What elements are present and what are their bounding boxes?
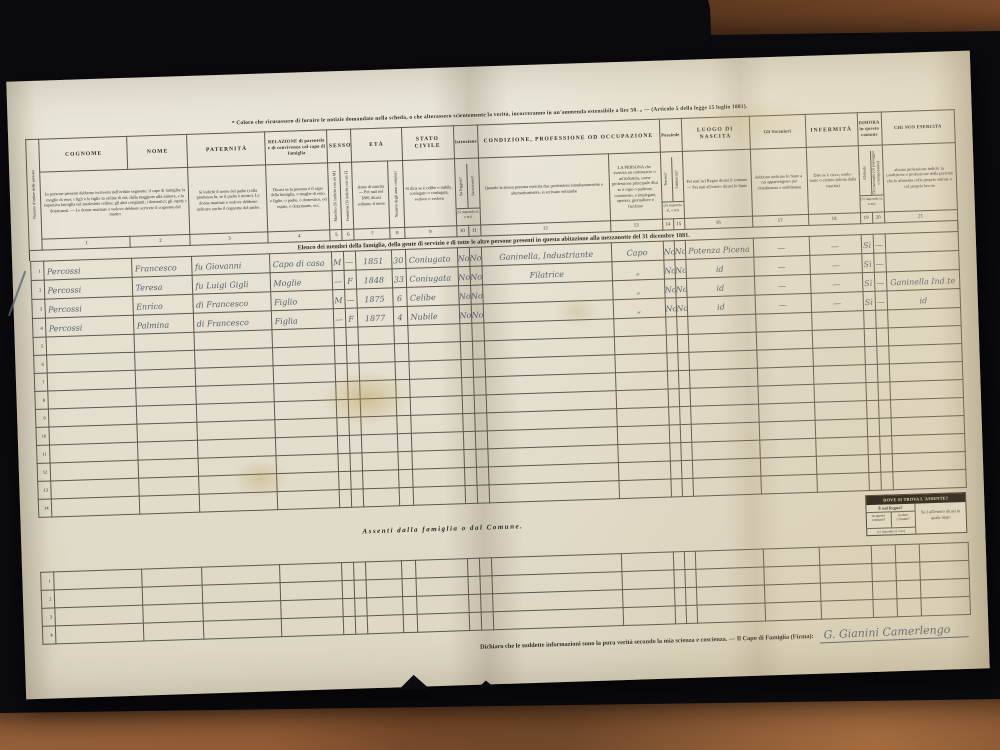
row-number: 3 [31,299,45,318]
cell-c21 [889,362,963,382]
desc-anno-nascita: Anno di nascita — Pei nati nel 1881 dica… [352,161,390,229]
cell-c8 [402,578,417,596]
col-header-sesso: SESSO [327,129,352,163]
col-header-infermita: INFERMITÀ [805,113,858,148]
cell-c15 [680,424,692,442]
cell-c21 [919,542,969,562]
cell-c2 [143,621,204,641]
cell-c6 [350,471,363,489]
cell-c18 [815,437,868,457]
cell-c17 [764,583,821,603]
cell-c7: 1851 [355,250,392,270]
label-anni-compiuti: Numero degli anni compiuti [393,171,399,217]
handwritten-value: No [458,273,470,282]
cell-c10 [469,612,482,630]
cell-c17: — [754,274,811,295]
col-header-eta: ETÀ [351,128,402,163]
cell-c8 [397,433,412,451]
cell-c9: Celibe [406,286,459,307]
cell-c6 [348,417,361,435]
cell-c10 [468,594,481,612]
cell-c5 [338,471,351,489]
row-number: 1 [40,572,54,590]
cell-c5 [342,598,355,616]
cell-c3: di Francesco [193,311,272,333]
handwritten-value: 4 [397,313,402,322]
handwritten-value: F [347,277,353,286]
cell-c9 [413,486,466,506]
cell-c7 [361,434,398,453]
handwritten-value: fu Luigi Gigli [195,280,248,291]
cell-c19 [865,364,878,382]
cell-c3 [203,619,282,640]
cell-c18 [820,600,873,620]
handwritten-value: No [665,304,676,313]
cell-c13: „ [611,260,664,281]
cell-c11: No [469,247,482,266]
handwritten-value: Sì [864,279,872,288]
cell-c15 [680,442,692,460]
cell-c2 [136,404,197,424]
handwritten-value: Figlia [275,316,298,326]
cell-c4: Figlio [270,290,333,311]
cell-c6: F [344,270,357,289]
cell-c21: Ganinella Ind.te [886,270,960,291]
cell-c16: Potenza Picena [685,238,754,259]
row-number: 11 [36,445,50,463]
cell-c7: 1875 [356,288,393,308]
cell-c2: Enrico [132,294,193,315]
cell-c18 [820,582,873,602]
paper-tear [478,680,494,688]
cell-c6: — [343,251,356,270]
cell-c17 [755,312,812,332]
cell-c19 [864,328,877,346]
cell-c8 [403,614,418,632]
cell-c14: No [665,298,677,317]
label-occasionale: Occasionale (di passaggio o temporanea) [871,151,882,195]
cell-c14 [667,371,679,389]
cell-c17 [759,438,816,458]
cell-c20: — [873,253,886,272]
handwritten-value: id [717,303,725,312]
cell-c15 [684,551,696,569]
cell-c10 [462,413,475,431]
handwritten-value: No [458,254,470,263]
cell-c2 [138,458,199,478]
cell-c13: Capo [611,241,664,262]
cell-c5 [342,580,355,598]
handwritten-value: — [831,242,839,251]
cell-c19 [871,545,896,564]
col-header-stato-civile: STATO CIVILE [401,126,454,161]
cell-c6 [351,489,364,507]
cell-c8: 4 [393,306,408,325]
cell-c5: M [331,251,344,270]
handwritten-value: Percossi [47,285,81,295]
cell-c7 [363,488,400,507]
cell-c15: No [674,259,686,278]
handwritten-value: Teresa [135,283,162,293]
cell-c2 [135,368,196,388]
cell-c16 [691,440,760,460]
cell-c17 [756,348,813,368]
cell-c10 [465,485,478,503]
cell-c16: id [687,295,756,316]
cell-c14 [673,570,685,588]
cell-c19 [872,599,897,618]
handwritten-value: 1877 [365,314,386,324]
handwritten-value: 33 [394,275,404,284]
cell-c5: — [333,308,346,327]
cell-c6 [353,562,366,580]
handwritten-value: — [345,258,353,267]
handwritten-value: No [676,304,687,313]
cell-c8 [401,560,416,578]
handwritten-value: „ [636,286,640,295]
cell-c18 [816,473,869,493]
handwritten-value: M [333,258,341,267]
cell-c7 [360,398,397,417]
cell-c14 [666,353,678,371]
col-number-14: 14 [662,219,673,230]
handwritten-value: — [779,301,787,310]
cell-c17 [763,565,820,585]
cell-c9 [415,559,468,579]
handwritten-value: „ [636,267,640,276]
cell-c7 [360,416,397,435]
cell-c10 [461,377,474,395]
cell-c11 [474,413,487,431]
cell-c19 [866,400,879,418]
cell-c20 [876,328,889,346]
cell-c4 [280,581,343,601]
cell-c16 [690,386,759,406]
cell-c6: — [344,289,357,308]
col-number-8: 8 [390,227,404,238]
cell-c15 [681,460,693,478]
cell-c16 [695,567,764,587]
cell-c18 [819,564,872,584]
cell-c7: 1848 [356,269,393,289]
cell-c15: No [676,297,688,316]
cell-c4 [273,382,336,402]
row-number: 8 [34,391,48,409]
cell-c9 [411,450,464,470]
row-number-label: Numero d'ordine delle persone [31,170,37,219]
cell-c21 [920,596,970,616]
cell-c14 [674,588,686,606]
cell-c8 [395,361,410,379]
cell-c18 [813,383,866,403]
nota-istruzione: (Si risponda sì, o no) [456,208,479,221]
cell-c21 [891,433,965,453]
cell-c4 [271,328,334,348]
label-terreni: Terreni? [664,173,669,187]
cell-c12 [489,481,620,503]
cell-c18: — [810,273,863,294]
handwritten-value: — [876,278,884,287]
desc-cognome-nome: Le persone presenti debbono iscriversi n… [40,167,190,239]
cell-c17: — [755,293,812,314]
cell-c20 [880,454,893,472]
cell-c5 [335,363,348,381]
row-number: 5 [33,337,47,355]
cell-c4 [280,599,343,619]
handwritten-value: fu Giovanni [195,261,242,271]
cell-c9 [416,595,469,615]
cell-c21 [889,380,963,400]
cell-c13 [614,335,667,355]
cell-c18 [815,419,868,439]
cell-c6 [347,363,360,381]
col-header-nome: NOME [127,134,188,169]
cell-c13 [617,425,670,445]
handwritten-value: Percossi [48,304,82,314]
cell-c16 [697,603,766,623]
cell-c7 [366,579,403,598]
cell-c1 [51,496,140,517]
cell-c6 [345,327,358,345]
cell-c10: No [457,266,470,285]
cell-c8: 6 [392,287,407,306]
cell-c6 [348,399,361,417]
col-header-cognome: COGNOME [39,136,128,172]
cell-c7 [357,326,394,345]
cell-c9: Coniugata [406,267,459,288]
cell-c20 [877,364,890,382]
assenti-caption: Assenti dalla famiglia o dal Comune. [39,512,847,546]
sheet-content: * Coloro che ricusassero di fornire le n… [6,51,988,669]
cell-c16 [690,404,759,424]
cell-c18 [811,311,864,331]
cell-c14 [670,461,682,479]
row-number: 13 [37,481,51,499]
cell-c5 [334,345,347,363]
cell-c21 [885,232,959,253]
cell-c16 [688,332,757,352]
row-number: 4 [42,626,56,644]
label-in-questo-comune: in questo comune? [867,512,892,528]
handwritten-value: No [470,272,482,281]
cell-c16 [689,368,758,388]
cell-c19 [863,310,876,328]
cell-c11 [473,377,486,395]
cell-c2 [141,567,202,587]
cell-c14: No [663,241,675,260]
cell-c20 [875,310,888,328]
cell-c2 [137,440,198,460]
desc-chi-non-esercita: alcuna professione indichi la condizione… [882,143,957,212]
row-number: 9 [35,409,49,427]
cell-c17 [759,420,816,440]
cell-c7 [359,380,396,399]
cell-c10 [460,341,473,359]
cell-c9: Nubile [407,305,460,326]
cell-c18 [819,546,872,566]
cell-c3 [199,492,278,513]
handwritten-value: Ganinella, Industriante [499,250,593,262]
cell-c11 [481,612,494,630]
cell-c10 [463,449,476,467]
handwritten-value: Potenza Picena [688,245,750,256]
cell-c2 [133,332,194,352]
dove-regno-column: È nel Regno? in questo comune? in altro … [866,504,916,536]
cell-c13 [615,371,668,391]
cell-c17 [756,330,813,350]
nota-possiede: (Si risponda sì, o no) [662,201,683,214]
cell-c19 [867,418,880,436]
handwritten-value: No [663,247,674,256]
cell-c20 [878,400,891,418]
cell-c2 [135,386,196,406]
cell-c9 [410,396,463,416]
cell-c15: No [675,278,687,297]
handwritten-value: 6 [397,294,402,303]
cell-c15 [677,352,689,370]
handwritten-value: No [471,291,483,300]
cell-c3: di Francesco [192,292,271,314]
cell-c20: — [873,234,886,253]
cell-c7 [366,597,403,616]
desc-stato-civile: Si dica se è celibe o nubile, coniugato … [402,159,456,228]
cell-c8 [396,397,411,415]
label-sa-leggere: Sa leggere? [458,177,463,196]
handwritten-value: — [831,261,839,270]
cell-c14 [673,552,685,570]
cell-c8 [402,596,417,614]
cell-c12 [493,608,624,630]
handwritten-value: di Francesco [196,299,248,310]
cell-c19: Sì [863,291,876,310]
cell-c2 [134,350,195,370]
handwritten-value: Capo [627,248,648,258]
cell-c15 [679,406,691,424]
cell-c4 [274,418,337,438]
desc-relazione: Dicasi se la persona è il capo della fam… [266,163,330,232]
cell-c13 [613,317,666,337]
cell-c11 [475,449,488,467]
handwritten-value: Ganinella Ind.te [890,276,955,287]
declaration-text: Dichiaro che le suddette informazioni so… [480,633,814,651]
col-header-relazione: RELAZIONE di parentela e di convivenza c… [265,130,328,165]
handwritten-value: 1875 [364,295,385,305]
cell-c11: No [471,304,484,323]
cell-c20 [876,346,889,364]
row-number: 3 [41,608,55,626]
row-number: 6 [33,355,47,373]
handwritten-value: No [665,285,676,294]
cell-c17: — [753,236,810,257]
handwritten-value: Enrico [136,302,163,312]
subcols-dimora: Abituale Occasionale (di passaggio o tem… [858,145,884,213]
cell-c8 [397,451,412,469]
cell-c16: id [685,257,754,278]
handwritten-value: 1851 [363,257,384,267]
cell-c2 [139,494,200,514]
cell-c5 [341,562,354,580]
cell-c11 [472,341,485,359]
cell-c15 [676,316,688,334]
cell-c10 [460,359,473,377]
handwritten-value: F [348,315,354,324]
cell-c6 [349,435,362,453]
desc-infermita: Dire se è cieco, sordo-muto o cretino (i… [806,146,860,215]
cell-c4 [277,490,340,510]
cell-c14 [669,425,681,443]
handwritten-value: No [676,285,687,294]
cell-c11 [474,395,487,413]
cell-c7 [365,561,402,580]
cell-c13 [623,606,676,626]
row-number: 1 [30,261,44,280]
label-maschio: Maschio [Si indichi con un M] [332,171,338,222]
label-estero: Se è all'estero dicasi in quale Stato [915,502,966,534]
subcols-possiede: Terreni? Fabbricati? (Si risponda sì, o … [660,151,684,219]
col-header-chi-non-esercita: CHI NON ESERCITA [881,110,955,145]
col-header-dimora: DIMORA in questo comune [857,112,882,146]
census-form-sheet: * Coloro che ricusassero di fornire le n… [6,51,989,700]
cell-c18 [814,401,867,421]
cell-c4 [275,454,338,474]
cell-c6 [354,598,367,616]
col-number-20: 20 [872,212,884,223]
cell-c9: Coniugato [405,248,458,269]
handwritten-value: No [664,266,675,275]
desc-professione: Quando la stessa persona esercita due pr… [478,154,610,225]
handwritten-value: Sì [863,241,871,250]
cell-c6 [347,381,360,399]
cell-c11 [477,485,490,503]
col-header-luogo-nascita: LUOGO DI NASCITA [681,116,750,151]
col-number-15: 15 [673,218,684,229]
handwritten-value: — [875,241,883,250]
handwritten-value: id [716,265,724,274]
cell-c10 [463,431,476,449]
row-number: 14 [38,499,52,517]
cell-c17 [764,601,821,621]
cell-c19 [864,346,877,364]
cell-c16 [688,350,757,370]
cell-c18 [812,347,865,367]
cell-c17 [763,547,820,567]
cell-c9 [409,378,462,398]
cell-c15 [681,478,693,496]
cell-c16 [691,422,760,442]
cell-c8 [394,343,409,361]
cell-c21 [888,344,962,364]
cell-c20 [880,472,893,490]
cell-c14 [670,479,682,497]
cell-c11 [472,359,485,377]
handwritten-value: 30 [393,256,403,265]
cell-c14: No [663,260,675,279]
cell-c11 [479,558,492,576]
cell-c14 [668,407,680,425]
cell-c5: — [332,270,345,289]
cell-c7 [359,362,396,381]
handwritten-value: Moglie [273,278,301,288]
cell-c15 [677,334,689,352]
cell-c14 [665,317,677,335]
cell-c14 [668,389,680,407]
cell-c16 [692,476,761,496]
cell-c8 [396,415,411,433]
cell-c10 [467,576,480,594]
cell-c6 [355,616,368,634]
handwritten-value: Percossi [49,323,83,333]
cell-c8: 30 [391,249,406,268]
